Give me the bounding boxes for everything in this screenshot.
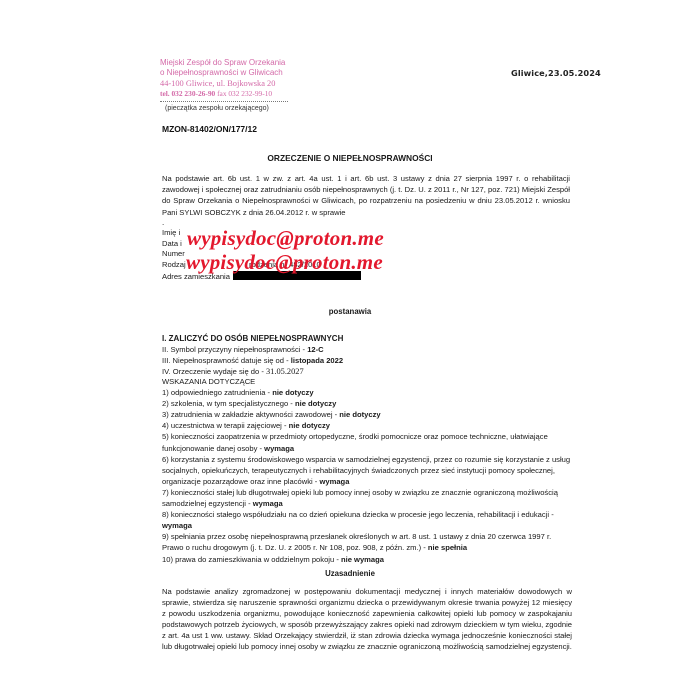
justification-paragraph: Na podstawie analizy zgromadzonej w post… xyxy=(162,586,572,653)
field-label: Rodzaj xyxy=(162,260,186,269)
indication-item: 10) prawa do zamieszkiwania w oddzielnym… xyxy=(162,554,574,565)
decision-symbol: II. Symbol przyczyny niepełnosprawności … xyxy=(162,344,572,355)
indication-value: nie spełnia xyxy=(428,543,467,552)
justification-title: Uzasadnienie xyxy=(0,569,700,578)
indication-item: 2) szkolenia, w tym specjalistycznego - … xyxy=(162,398,574,409)
indication-value: nie dotyczy xyxy=(289,421,330,430)
symbol-value: 12-C xyxy=(307,345,323,354)
intro-paragraph: Na podstawie art. 6b ust. 1 w zw. z art.… xyxy=(162,173,570,218)
indication-text: 5) konieczności zaopatrzenia w przedmiot… xyxy=(162,432,548,452)
indications-list: WSKAZANIA DOTYCZĄCE 1) odpowiedniego zat… xyxy=(162,376,574,565)
indication-item: 1) odpowiedniego zatrudnienia - nie doty… xyxy=(162,387,574,398)
indication-text: 8) konieczności stałego współudziału na … xyxy=(162,510,554,519)
indication-text: 7) konieczności stałej lub długotrwałej … xyxy=(162,488,558,508)
indication-value: wymaga xyxy=(264,444,294,453)
dot-mark: . xyxy=(162,218,164,227)
indication-text: 1) odpowiedniego zatrudnienia - xyxy=(162,388,272,397)
watermark: wypisydoc@proton.me xyxy=(186,250,383,275)
indication-value: wymaga xyxy=(162,521,192,530)
indication-item: 4) uczestnictwa w terapii zajęciowej - n… xyxy=(162,420,574,431)
indication-text: 2) szkolenia, w tym specjalistycznego - xyxy=(162,399,295,408)
indication-item: 5) konieczności zaopatrzenia w przedmiot… xyxy=(162,431,574,453)
indication-value: wymaga xyxy=(253,499,283,508)
stamp-phone-line: tel. 032 230-26-90 fax 032 232-99-10 xyxy=(160,89,300,99)
document-title: ORZECZENIE O NIEPEŁNOSPRAWNOŚCI xyxy=(0,153,700,163)
indication-item: 8) konieczności stałego współudziału na … xyxy=(162,509,574,531)
field-label: Numer xyxy=(162,249,185,258)
indication-value: nie wymaga xyxy=(341,555,384,564)
city-date: Gliwice,23.05.2024 xyxy=(511,68,601,78)
indication-item: 3) zatrudnienia w zakładzie aktywności z… xyxy=(162,409,574,420)
decisions-list: I. ZALICZYĆ DO OSÓB NIEPEŁNOSPRAWNYCH II… xyxy=(162,333,572,377)
indication-text: 10) prawa do zamieszkiwania w oddzielnym… xyxy=(162,555,341,564)
stamp-line: 44-100 Gliwice, ul. Bojkowska 20 xyxy=(160,79,300,89)
until-value: 31.05.2027 xyxy=(266,367,304,376)
stamp-line: Miejski Zespół do Spraw Orzekania xyxy=(160,58,300,68)
decides-heading: postanawia xyxy=(0,307,700,316)
stamp-line: o Niepełnosprawności w Gliwicach xyxy=(160,68,300,78)
field-label: Imię i xyxy=(162,228,180,237)
indication-value: nie dotyczy xyxy=(339,410,380,419)
decision-head: I. ZALICZYĆ DO OSÓB NIEPEŁNOSPRAWNYCH xyxy=(162,333,572,344)
since-value: listopada 2022 xyxy=(291,356,343,365)
document-page: Miejski Zespół do Spraw Orzekania o Niep… xyxy=(0,0,700,700)
office-stamp: Miejski Zespół do Spraw Orzekania o Niep… xyxy=(160,58,300,99)
indication-value: nie dotyczy xyxy=(295,399,336,408)
stamp-dotted-line xyxy=(160,101,288,102)
field-label: Data i xyxy=(162,239,182,248)
indication-item: 7) konieczności stałej lub długotrwałej … xyxy=(162,487,574,509)
stamp-fax: fax 032 232-99-10 xyxy=(217,89,272,98)
indication-text: 9) spełniania przez osobę niepełnosprawn… xyxy=(162,532,551,552)
watermark: wypisydoc@proton.me xyxy=(187,226,384,251)
indications-head: WSKAZANIA DOTYCZĄCE xyxy=(162,376,574,387)
indication-text: 3) zatrudnienia w zakładzie aktywności z… xyxy=(162,410,339,419)
indication-text: 6) korzystania z systemu środowiskowego … xyxy=(162,455,570,486)
indication-value: wymaga xyxy=(319,477,349,486)
indication-text: 4) uczestnictwa w terapii zajęciowej - xyxy=(162,421,289,430)
indication-value: nie dotyczy xyxy=(272,388,313,397)
decision-since: III. Niepełnosprawność datuje się od - l… xyxy=(162,355,572,366)
stamp-caption: (pieczątka zespołu orzekającego) xyxy=(165,105,269,112)
case-number: MZON-81402/ON/177/12 xyxy=(162,124,257,134)
indication-item: 9) spełniania przez osobę niepełnosprawn… xyxy=(162,531,574,553)
indication-item: 6) korzystania z systemu środowiskowego … xyxy=(162,454,574,487)
stamp-phone: tel. 032 230-26-90 xyxy=(160,89,215,98)
